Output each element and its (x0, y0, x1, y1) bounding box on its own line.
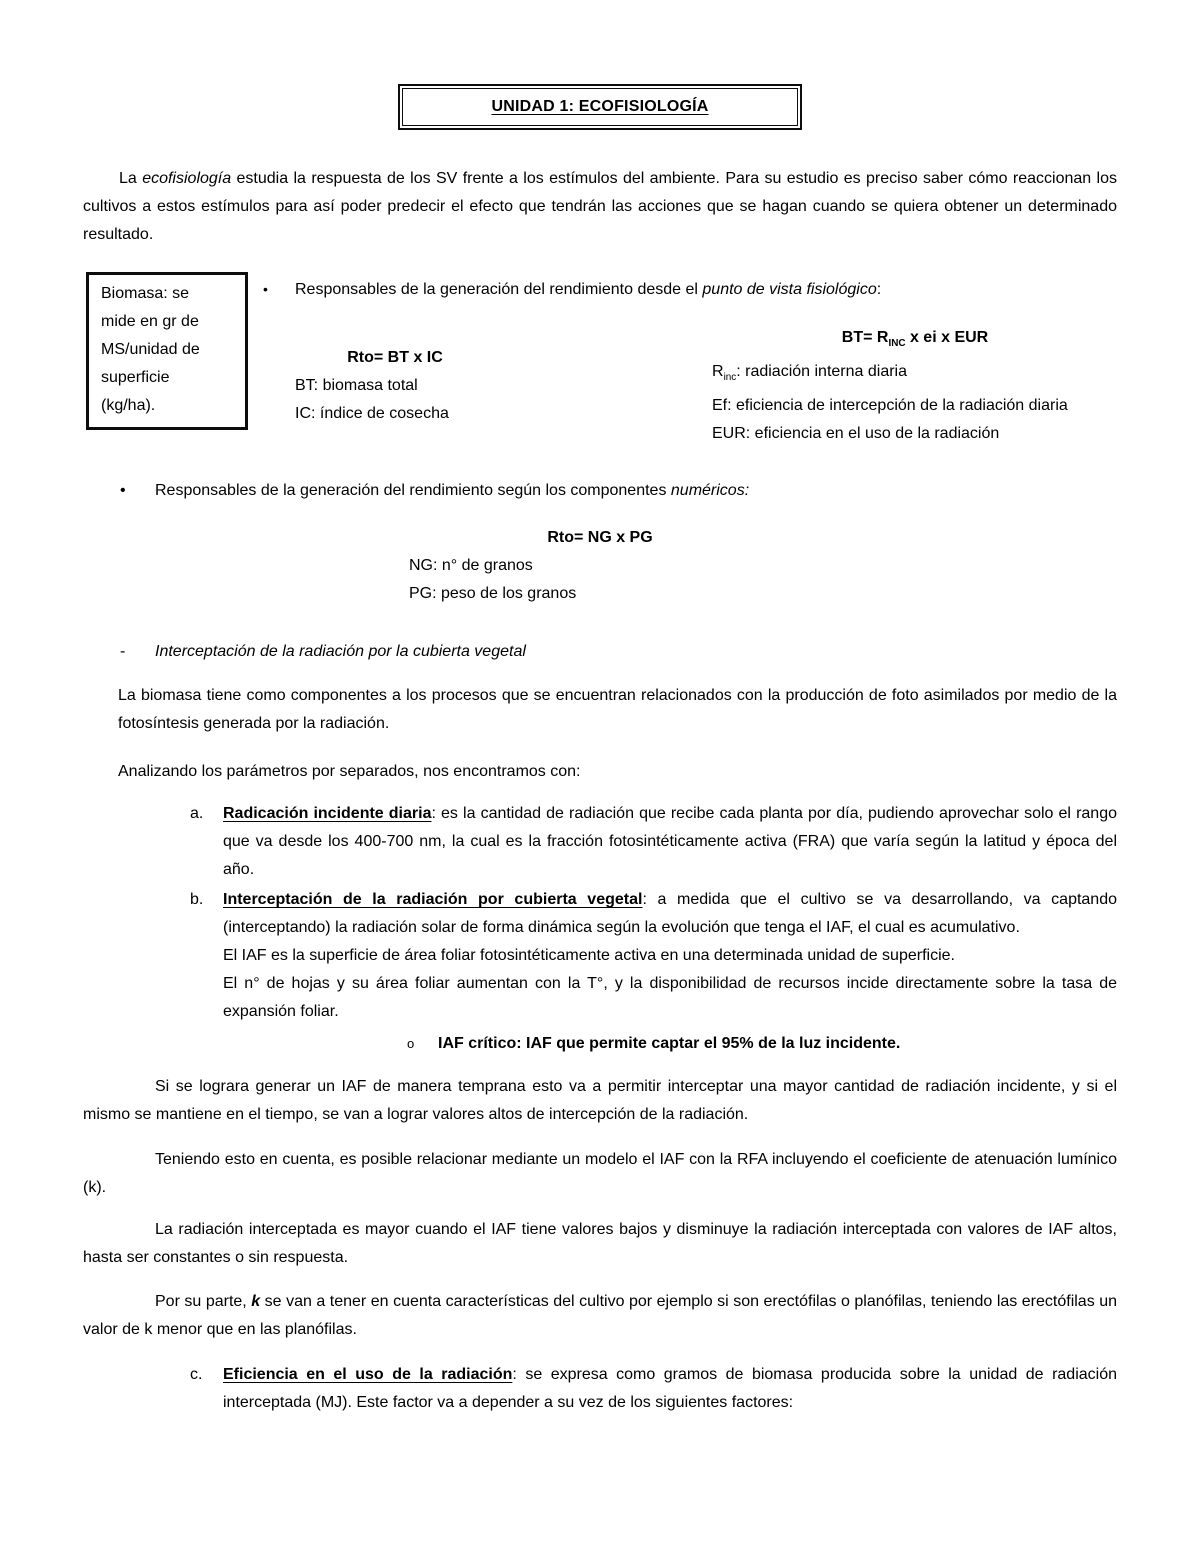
dash-item-text: Interceptación de la radiación por la cu… (155, 643, 526, 660)
bullet-item-fisiologico: •Responsables de la generación del rendi… (263, 275, 1117, 304)
definition-eur: EUR: eficiencia en el uso de la radiació… (712, 420, 1118, 448)
text-segment: ecofisiología (142, 170, 231, 187)
definition-rinc: Rinc: radiación interna diaria (712, 358, 1118, 392)
paragraph-analizando: Analizando los parámetros por separados,… (118, 758, 1117, 786)
formula-section: Biomasa: se mide en gr de MS/unidad de s… (83, 270, 1117, 466)
document-page: UNIDAD 1: ECOFISIOLOGÍA La ecofisiología… (0, 0, 1200, 1553)
bullet-icon: • (120, 477, 126, 505)
list-item-c-text: Eficiencia en el uso de la radiación: se… (223, 1366, 1117, 1411)
biomasa-note-line: mide en gr de (101, 308, 233, 336)
list-marker-b: b. (190, 886, 203, 914)
paragraph-biomasa: La biomasa tiene como componentes a los … (118, 682, 1117, 738)
biomasa-note-box: Biomasa: se mide en gr de MS/unidad de s… (86, 272, 248, 430)
text-segment: punto de vista fisiológico (702, 281, 876, 298)
biomasa-note-line: superficie (101, 364, 233, 392)
formula-rto-bt-block: Rto= BT x IC BT: biomasa total IC: índic… (295, 344, 495, 428)
text-segment: Interceptación de la radiación por cubie… (223, 891, 642, 908)
list-item-b: b. Interceptación de la radiación por cu… (83, 886, 1117, 1026)
text-segment: Responsables de la generación del rendim… (155, 482, 671, 499)
formula-rto-bt: Rto= BT x IC (295, 344, 495, 372)
text-segment: inc (724, 372, 737, 383)
bullet-item-text: Responsables de la generación del rendim… (295, 281, 881, 298)
circle-bullet-icon: o (407, 1030, 414, 1058)
formula-rto-ng-block: Rto= NG x PG NG: n° de granos PG: peso d… (83, 524, 1117, 608)
biomasa-note-line: (kg/ha). (101, 392, 233, 420)
formula-rto-ng: Rto= NG x PG (83, 524, 1117, 552)
unit-title: UNIDAD 1: ECOFISIOLOGÍA (491, 93, 708, 121)
text-segment: : radiación interna diaria (736, 363, 907, 380)
definition-pg: PG: peso de los granos (409, 580, 1117, 608)
text-segment: : (877, 281, 881, 298)
definition-ef: Ef: eficiencia de intercepción de la rad… (712, 392, 1118, 420)
paragraph-teniendo: Teniendo esto en cuenta, es posible rela… (83, 1146, 1117, 1202)
dash-list-item: -Interceptación de la radiación por la c… (83, 638, 1117, 666)
sub-bullet-iaf-critico: o IAF crítico: IAF que permite captar el… (83, 1030, 1117, 1058)
list-item-b-line-hojas: El n° de hojas y su área foliar aumentan… (223, 970, 1117, 1026)
text-segment: R (712, 363, 724, 380)
list-item-a: a. Radicación incidente diaria: es la ca… (83, 800, 1117, 884)
text-segment: k (251, 1293, 260, 1310)
formula-bt-rinc: BT= RINC x ei x EUR (712, 324, 1118, 358)
text-segment: Responsables de la generación del rendim… (295, 281, 702, 298)
list-marker-a: a. (190, 800, 203, 828)
biomasa-note-line: MS/unidad de (101, 336, 233, 364)
list-marker-c: c. (190, 1361, 202, 1389)
definition-bt: BT: biomasa total (295, 372, 495, 400)
text-segment: x ei x EUR (906, 329, 989, 346)
list-item-b-line-iaf: El IAF es la superficie de área foliar f… (223, 942, 1117, 970)
biomasa-note-line: Biomasa: se (101, 280, 233, 308)
text-segment: Eficiencia en el uso de la radiación (223, 1366, 512, 1383)
unit-title-box: UNIDAD 1: ECOFISIOLOGÍA (398, 84, 802, 130)
formula-bt-rinc-block: BT= RINC x ei x EUR Rinc: radiación inte… (712, 324, 1118, 448)
bullet-item-text: Responsables de la generación del rendim… (155, 482, 749, 499)
paragraph-radiacion-interceptada: La radiación interceptada es mayor cuand… (83, 1216, 1117, 1272)
text-segment: INC (888, 338, 905, 349)
text-segment: Por su parte, (155, 1293, 251, 1310)
list-item-c: c. Eficiencia en el uso de la radiación:… (83, 1361, 1117, 1417)
definition-ng: NG: n° de granos (409, 552, 1117, 580)
paragraph-por-su-parte: Por su parte, k se van a tener en cuenta… (83, 1288, 1117, 1344)
text-segment: BT= R (842, 329, 889, 346)
sub-bullet-text: IAF crítico: IAF que permite captar el 9… (438, 1035, 900, 1052)
dash-icon: - (120, 638, 125, 666)
text-segment: La (119, 170, 142, 187)
document-content: UNIDAD 1: ECOFISIOLOGÍA La ecofisiología… (83, 0, 1117, 1417)
bullet-icon: • (263, 275, 295, 303)
text-segment: estudia la respuesta de los SV frente a … (83, 170, 1117, 243)
definition-ic: IC: índice de cosecha (295, 400, 495, 428)
intro-paragraph: La ecofisiología estudia la respuesta de… (83, 165, 1117, 249)
bullet-item-numericos: •Responsables de la generación del rendi… (83, 477, 1117, 505)
list-item-b-text: Interceptación de la radiación por cubie… (223, 886, 1117, 942)
paragraph-si-lograra: Si se lograra generar un IAF de manera t… (83, 1073, 1117, 1129)
list-item-a-text: Radicación incidente diaria: es la canti… (223, 805, 1117, 878)
formula-rto-ng-defs: NG: n° de granos PG: peso de los granos (409, 552, 1117, 608)
text-segment: numéricos: (671, 482, 749, 499)
text-segment: Radicación incidente diaria (223, 805, 431, 822)
